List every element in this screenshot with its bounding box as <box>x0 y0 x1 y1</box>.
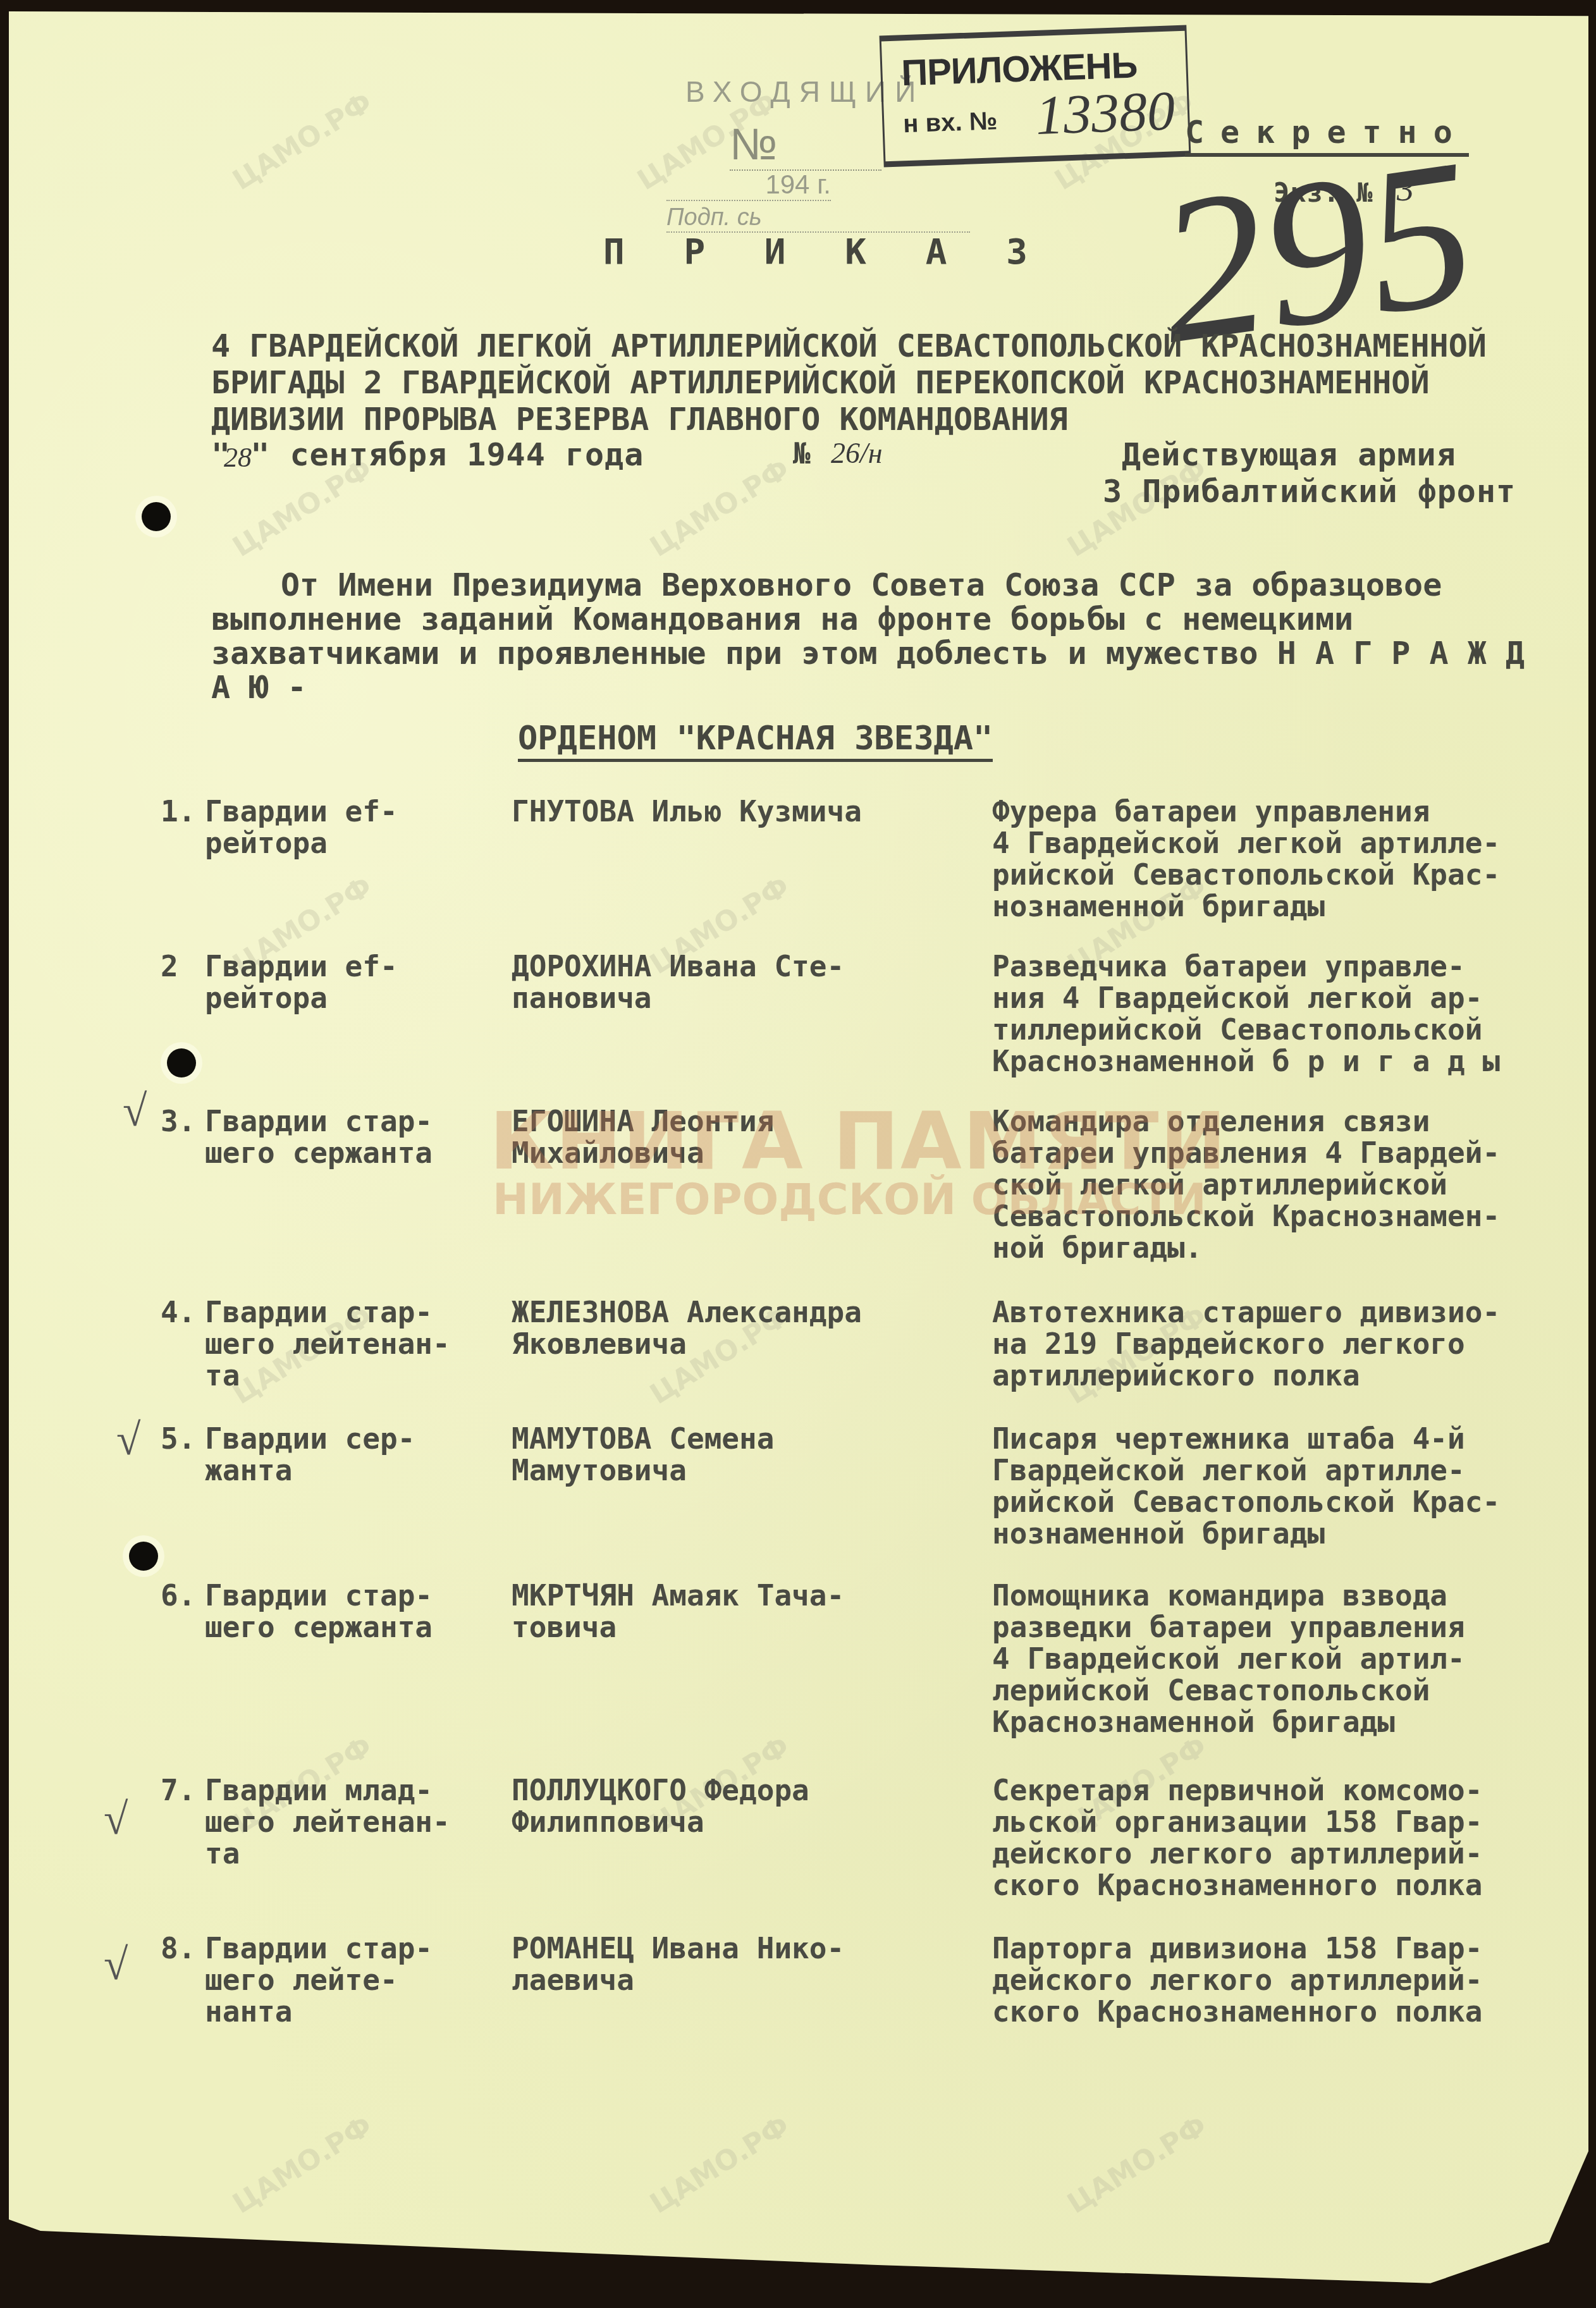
army-label: Действующая армия <box>1122 436 1456 473</box>
archive-watermark: ЦАМО.РФ <box>227 2109 378 2220</box>
entry-number: 3. <box>161 1105 195 1137</box>
archive-watermark: ЦАМО.РФ <box>227 86 378 197</box>
checkmark-icon: √ <box>104 1795 128 1845</box>
entry-position: Разведчика батареи управле- ния 4 Гварде… <box>992 950 1596 1077</box>
memory-book-watermark: КНИГА ПАМЯТИ <box>489 1096 1227 1188</box>
entry-rank: Гвардии ef- рейтора <box>205 795 559 859</box>
entry-number: 7. <box>161 1774 195 1806</box>
attached-stamp: ПРИЛОЖЕНЬ н вх. № 13380 <box>880 25 1191 168</box>
entry-rank: Гвардии млад- шего лейтенан- та <box>205 1774 559 1869</box>
entry-number: 8. <box>161 1932 195 1964</box>
document-title: П Р И К А З <box>603 231 1047 273</box>
checkmark-icon: √ <box>104 1940 128 1991</box>
archive-watermark: ЦАМО.РФ <box>644 2109 795 2220</box>
entry-rank: Гвардии ef- рейтора <box>205 950 559 1014</box>
checkmark-icon: √ <box>123 1086 147 1137</box>
entry-number: 1. <box>161 795 195 827</box>
entry-position: Фурера батареи управления 4 Гвардейской … <box>992 795 1596 922</box>
entry-number: 6. <box>161 1580 195 1611</box>
document-page: ЦАМО.РФ ЦАМО.РФ ЦАМО.РФ ЦАМО.РФ ЦАМО.РФ … <box>9 11 1588 2288</box>
award-title: ОРДЕНОМ "КРАСНАЯ ЗВЕЗДА" <box>518 720 993 762</box>
punch-hole <box>129 1542 158 1571</box>
incoming-signature-label: Подп. сь <box>666 204 970 233</box>
front-label: 3 Прибалтийский фронт <box>1103 473 1516 510</box>
entry-number: 2 <box>161 950 178 982</box>
incoming-year-label: 194 г. <box>666 169 831 201</box>
entry-rank: Гвардии стар- шего лейтенан- та <box>205 1296 559 1391</box>
entry-number: 4. <box>161 1296 195 1328</box>
entry-rank: Гвардии стар- шего лейте- нанта <box>205 1932 559 2027</box>
entry-position: Секретаря первичной комсомо- льской орга… <box>992 1774 1596 1901</box>
checkmark-icon: √ <box>116 1415 140 1466</box>
incoming-number-label: № <box>730 119 881 171</box>
punch-hole <box>142 502 171 531</box>
archive-watermark: ЦАМО.РФ <box>644 453 795 563</box>
memory-book-watermark-region: НИЖЕГОРОДСКОЙ ОБЛАСТИ <box>493 1175 1206 1225</box>
order-date-day: 28 <box>224 441 252 474</box>
order-number: 26/н <box>831 436 883 470</box>
entry-position: Помощника командира взвода разведки бата… <box>992 1580 1596 1738</box>
order-date: " " сентября 1944 года <box>211 436 644 473</box>
punch-hole <box>167 1048 196 1077</box>
order-number-label: № <box>793 436 811 470</box>
entry-position: Автотехника старшего дивизио- на 219 Гва… <box>992 1296 1596 1391</box>
entry-rank: Гвардии стар- шего сержанта <box>205 1580 559 1643</box>
preamble-text: От Имени Президиума Верховного Совета Со… <box>211 568 1558 704</box>
entry-position: Парторга дивизиона 158 Гвар- дейского ле… <box>992 1932 1596 2027</box>
unit-header: 4 ГВАРДЕЙСКОЙ ЛЕГКОЙ АРТИЛЛЕРИЙСКОЙ СЕВА… <box>211 328 1571 438</box>
attached-stamp-no-label: н вх. № <box>903 107 998 138</box>
entry-number: 5. <box>161 1423 195 1454</box>
attached-stamp-number: 13380 <box>1034 79 1176 148</box>
entry-position: Писаря чертежника штаба 4-й Гвардейской … <box>992 1423 1596 1549</box>
entry-rank: Гвардии сер- жанта <box>205 1423 559 1486</box>
archive-watermark: ЦАМО.РФ <box>1062 2109 1212 2220</box>
